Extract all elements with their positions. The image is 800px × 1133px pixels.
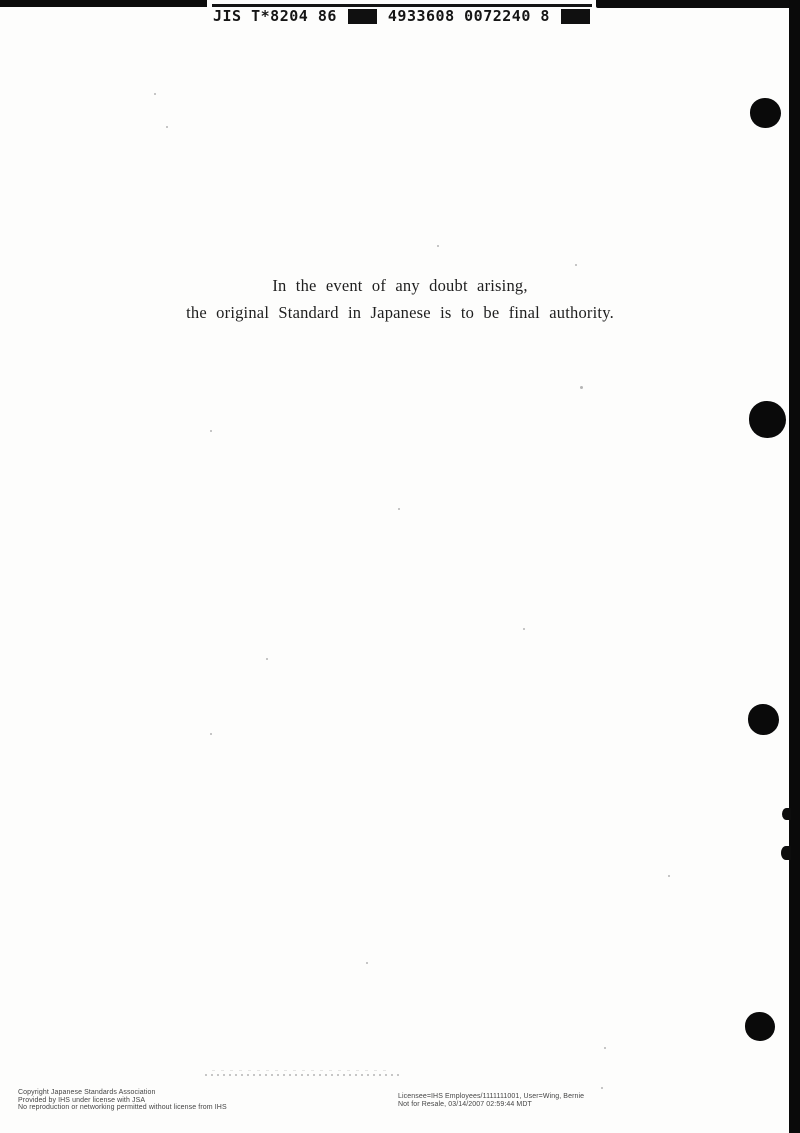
standard-code-right: 4933608 0072240 8 [388,7,550,25]
doubt-notice: In the event of any doubt arising, the o… [0,272,800,326]
noise-speck [523,628,525,630]
standard-code-header: JIS T*8204 86 4933608 0072240 8 [213,7,590,25]
noise-speck [210,430,212,432]
faded-text-remnant [205,1074,401,1076]
filled-box-marker-icon [561,9,590,24]
copyright-line-2: Provided by IHS under license with JSA [18,1097,227,1105]
binding-hole [748,704,779,735]
licensee-line-1: Licensee=IHS Employees/1111111001, User=… [398,1093,584,1101]
scan-artifact-blob [782,808,791,820]
binding-hole [749,401,786,438]
copyright-line-3: No reproduction or networking permitted … [18,1104,227,1112]
noise-speck [366,962,368,964]
faded-text-remnant [212,1070,392,1071]
scanned-document-page: JIS T*8204 86 4933608 0072240 8 In the e… [0,0,800,1133]
notice-line-1: In the event of any doubt arising, [0,272,800,299]
scan-edge-right [789,0,800,1133]
noise-speck [575,264,577,266]
scan-edge-top-right [596,0,800,8]
filled-box-marker-icon [348,9,377,24]
scan-edge-top-left [0,0,207,7]
noise-speck [154,93,156,95]
standard-code-left: JIS T*8204 86 [213,7,337,25]
binding-hole [745,1012,775,1041]
noise-speck [604,1047,606,1049]
noise-speck [601,1087,603,1089]
licensee-line-2: Not for Resale, 03/14/2007 02:59:44 MDT [398,1101,584,1109]
noise-speck [668,875,670,877]
noise-speck [266,658,268,660]
noise-speck [166,126,168,128]
copyright-line-1: Copyright Japanese Standards Association [18,1089,227,1097]
noise-speck [437,245,439,247]
copyright-footer: Copyright Japanese Standards Association… [18,1089,227,1112]
scan-artifact-blob [781,846,791,860]
binding-hole [750,98,781,128]
noise-speck [398,508,400,510]
licensee-footer: Licensee=IHS Employees/1111111001, User=… [398,1093,584,1108]
noise-speck [580,386,583,389]
notice-line-2: the original Standard in Japanese is to … [0,299,800,326]
noise-speck [210,733,212,735]
